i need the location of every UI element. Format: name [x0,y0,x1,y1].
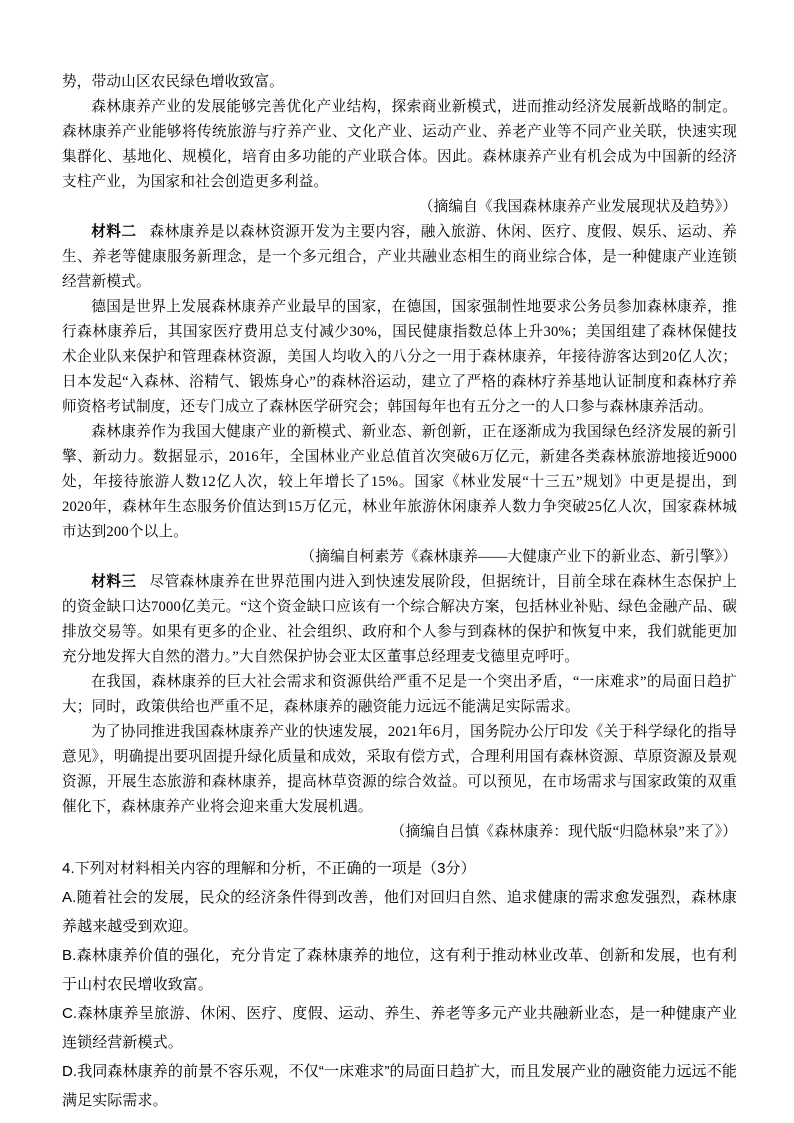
reading-materials: 势，带动山区农民绿色增收致富。 森林康养产业的发展能够完善优化产业结构，探索商业… [62,70,737,845]
material2-paragraph-2: 德国是世界上发展森林康养产业最早的国家，在德国，国家强制性地要求公务员参加森林康… [62,295,737,420]
material2-paragraph-3: 森林康养作为我国大健康产业的新模式、新业态、新创新，正在逐渐成为我国绿色经济发展… [62,420,737,545]
material3-paragraph-3: 为了协同推进我国森林康养产业的快速发展，2021年6月，国务院办公厅印发《关于科… [62,720,737,820]
source-attribution-1: （摘编自《我国森林康养产业发展现状及趋势》） [62,195,737,220]
question-block: 4.下列对材料相关内容的理解和分析，不正确的一项是（3分） A.随着社会的发展，… [62,854,737,1115]
question-option-a: A.随着社会的发展，民众的经济条件得到改善，他们对回归自然、追求健康的需求愈发强… [62,883,737,941]
material3-paragraph-2: 在我国，森林康养的巨大社会需求和资源供给严重不足是一个突出矛盾，“一床难求”的局… [62,670,737,720]
question-option-c: C.森林康养呈旅游、休闲、医疗、度假、运动、养生、养老等多元产业共融新业态，是一… [62,999,737,1057]
question-option-b: B.森林康养价值的强化，充分肯定了森林康养的地位，这有利于推动林业改革、创新和发… [62,941,737,999]
continuation-line: 势，带动山区农民绿色增收致富。 [62,70,737,95]
material3-text-1: 尽管森林康养在世界范围内进入到快速发展阶段，但据统计，目前全球在森林生态保护上的… [62,574,737,665]
intro-paragraph: 森林康养产业的发展能够完善优化产业结构，探索商业新模式，进而推动经济发展新战略的… [62,95,737,195]
material2-paragraph-1: 材料二森林康养是以森林资源开发为主要内容，融入旅游、休闲、医疗、度假、娱乐、运动… [62,220,737,295]
material2-text-1: 森林康养是以森林资源开发为主要内容，融入旅游、休闲、医疗、度假、娱乐、运动、养生… [62,224,737,290]
question-stem: 4.下列对材料相关内容的理解和分析，不正确的一项是（3分） [62,854,737,883]
source-attribution-2: （摘编自柯素芳《森林康养——大健康产业下的新业态、新引擎》） [62,545,737,570]
material2-label: 材料二 [91,224,149,240]
material3-paragraph-1: 材料三尽管森林康养在世界范围内进入到快速发展阶段，但据统计，目前全球在森林生态保… [62,570,737,670]
question-option-d: D.我同森林康养的前景不容乐观，不仅“一床难求”的局面日趋扩大，而且发展产业的融… [62,1057,737,1115]
source-attribution-3: （摘编自吕慎《森林康养：现代版“归隐林泉”来了》） [62,820,737,845]
document-page: 势，带动山区农民绿色增收致富。 森林康养产业的发展能够完善优化产业结构，探索商业… [0,0,794,1123]
material3-label: 材料三 [91,574,149,590]
